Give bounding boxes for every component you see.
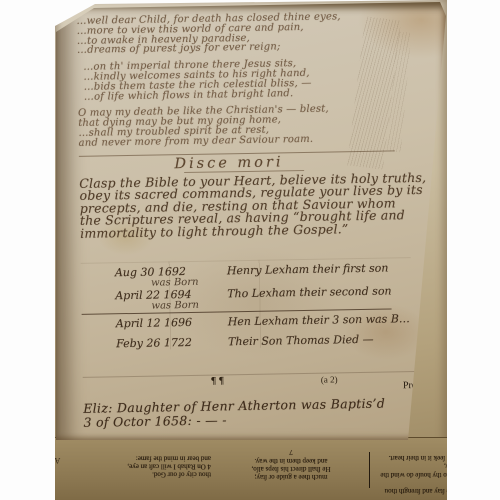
printed-line: thou city of our God. bbox=[69, 470, 211, 478]
printed-line: much thee a guide or ſtay; bbox=[217, 473, 365, 481]
register-date: Feby 26 1722 bbox=[82, 335, 228, 351]
printed-page-number: 7 bbox=[217, 448, 365, 456]
printed-column-left: thou city of our God. 4 On Rahab I will … bbox=[69, 454, 211, 479]
verse-stanza-2: …on th' imperial throne there Jesus sits… bbox=[77, 57, 408, 102]
photo-of-manuscript: Av thou city of our God. 4 On Rahab I wi… bbox=[0, 0, 500, 500]
printed-line: and ſeek it in their heart. bbox=[377, 454, 457, 462]
printed-signature-line: ¶ ¶ (a 2) Proper bbox=[83, 370, 423, 393]
manuscript-text: …well dear Child, for death has closed t… bbox=[76, 11, 413, 429]
printed-fragment: Av bbox=[51, 456, 60, 465]
register-row: Feby 26 1722 Their Son Thomas Died — bbox=[82, 332, 412, 351]
register-row: April 12 1696 Hen Lexham their 3 son was… bbox=[82, 312, 412, 331]
family-register: Aug 30 1692 Henry Lexham their first son… bbox=[81, 257, 412, 351]
printed-column-middle: much thee a guide or ſtay; He ſhall dire… bbox=[217, 448, 365, 481]
pilcrow-marks: ¶ ¶ bbox=[211, 375, 225, 386]
exhortation-line: immortality to light through the Gospel.… bbox=[80, 222, 410, 240]
printed-line: and bear in mind the fame: bbox=[69, 454, 211, 462]
verse-stanza-3: O may my death be like the Christian's —… bbox=[78, 104, 409, 149]
verse-stanza-1: …well dear Child, for death has closed t… bbox=[76, 11, 407, 56]
printed-text-strip: Av thou city of our God. 4 On Rahab I wi… bbox=[55, 437, 447, 500]
gathering-signature: (a 2) bbox=[321, 374, 338, 384]
printed-column-right: ſole ſtay and ſtrength thou art, ch to t… bbox=[377, 454, 457, 495]
manuscript-leaf: …well dear Child, for death has closed t… bbox=[56, 2, 446, 440]
register-date: April 12 1696 bbox=[82, 315, 228, 331]
column-divider-rule bbox=[369, 452, 370, 488]
printed-line: ch to thy houſe do wind the way, bbox=[377, 462, 457, 478]
printed-line: and keep them in the way. bbox=[217, 456, 365, 464]
register-entry: Hen Lexham their 3 son was B… bbox=[228, 312, 412, 328]
printed-line: He ſhall direct his ſteps alſo, bbox=[217, 464, 365, 472]
baptism-note: Eliz: Daughter of Henr Atherton was Bapt… bbox=[83, 396, 413, 430]
printed-line: 4 On Rahab I will caſt an eye, bbox=[69, 462, 211, 470]
register-entry: Their Son Thomas Died — bbox=[228, 332, 412, 348]
printed-line: ſole ſtay and ſtrength thou art, bbox=[377, 479, 457, 495]
exhortation-paragraph: Clasp the Bible to your Heart, believe i… bbox=[79, 172, 410, 241]
